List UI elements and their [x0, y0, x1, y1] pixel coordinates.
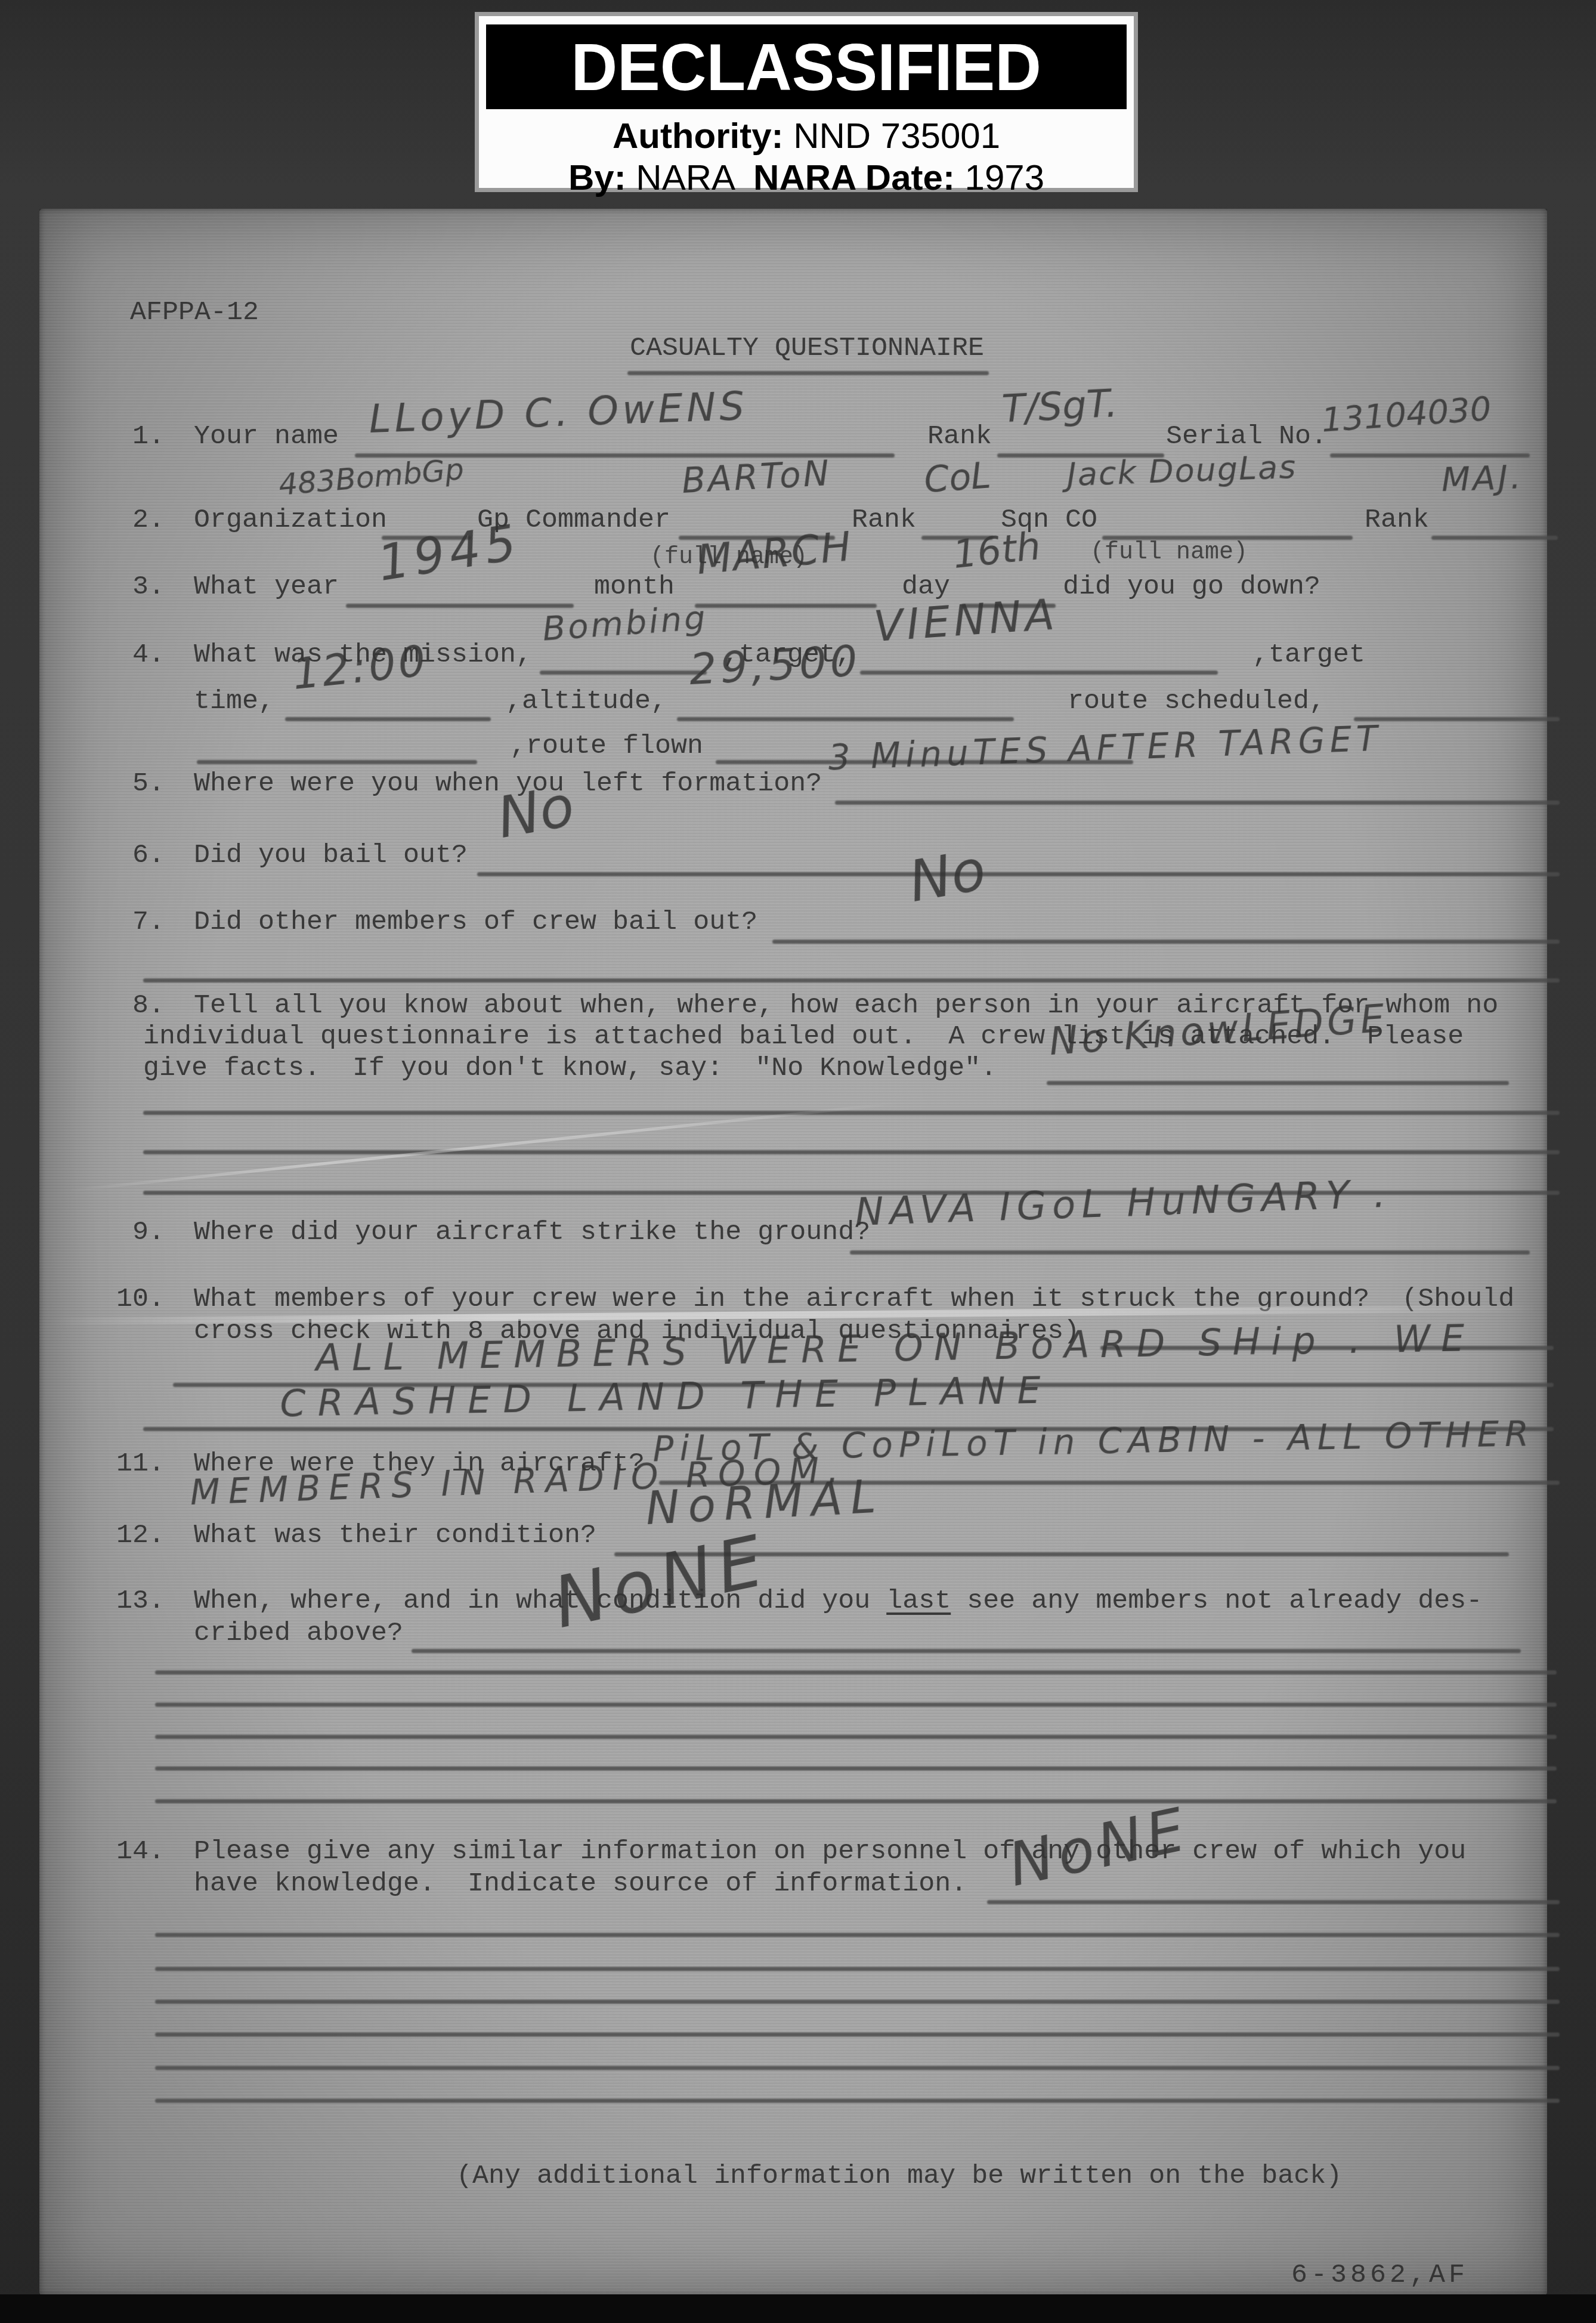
q2-gp-name-value: BARToN	[681, 453, 832, 501]
q2-sqn-rank-value: MAJ.	[1441, 458, 1524, 499]
q1-label: Your name	[194, 421, 339, 452]
q13-number: 13.	[116, 1586, 165, 1616]
q3-month-line	[695, 604, 877, 608]
q14-blank-line-4	[155, 2032, 1560, 2037]
q13-blank-line-1	[155, 1670, 1557, 1675]
q13-blank-line-2	[155, 1703, 1557, 1707]
scan-background: DECLASSIFIED Authority: NND 735001 By: N…	[0, 0, 1596, 2323]
page-title: CASUALTY QUESTIONNAIRE	[630, 333, 984, 363]
q2-sqn-name-value: Jack DougLas	[1066, 448, 1298, 493]
q13-blank-line-5	[155, 1799, 1557, 1803]
q8-number: 8.	[132, 990, 165, 1021]
q10-number: 10.	[116, 1284, 165, 1314]
q5-number: 5.	[132, 768, 165, 799]
q8-line3: give facts. If you don't know, say: "No …	[143, 1053, 997, 1083]
form-number: AFPPA-12	[130, 297, 259, 328]
q2-full-name-note-2: (full name)	[1090, 539, 1248, 566]
q13-blank-line-4	[155, 1766, 1557, 1771]
q4-route-scheduled-line2	[197, 760, 477, 764]
q6-answer-value: No	[493, 774, 579, 851]
authority-label: Authority:	[613, 116, 784, 156]
q4-mission-line	[540, 671, 707, 675]
q14-line2: have knowledge. Indicate source of infor…	[194, 1868, 967, 1899]
q11-number: 11.	[116, 1448, 165, 1479]
q4-time-label: time,	[194, 686, 274, 716]
q2-rank1-label: Rank	[852, 505, 916, 535]
q3-year-line	[346, 604, 574, 608]
q14-blank-line-2	[155, 1967, 1560, 1971]
q12-number: 12.	[116, 1520, 165, 1550]
doc-number: 6-3862,AF	[1291, 2260, 1468, 2290]
q1-rank-value: T/SgT.	[1001, 382, 1118, 432]
q14-blank-line-1	[155, 1933, 1560, 1937]
declassified-stamp: DECLASSIFIED Authority: NND 735001 By: N…	[475, 12, 1138, 192]
q9-number: 9.	[132, 1217, 165, 1247]
q4-route-scheduled-line	[1354, 717, 1560, 721]
q13-line1-last-word: last	[886, 1586, 951, 1616]
q1-serial-line	[1330, 453, 1530, 458]
q7-number: 7.	[132, 907, 165, 937]
q4-route-flown-label: ,route flown	[510, 731, 703, 761]
q13-line1: When, where, and in what condition did y…	[194, 1586, 1482, 1616]
q14-answer-line	[987, 1900, 1560, 1904]
q8-answer-line	[1047, 1081, 1509, 1085]
q3-day-value: 16th	[951, 524, 1043, 577]
q4-route-scheduled-label: route scheduled,	[1068, 686, 1325, 716]
q2-number: 2.	[132, 505, 165, 535]
q2-gp-rank-value: CoL	[923, 455, 992, 501]
q14-blank-line-3	[155, 2000, 1560, 2004]
q6-answer-line	[477, 872, 1560, 876]
by-label: By:	[568, 157, 626, 197]
q9-answer-line	[850, 1250, 1530, 1255]
q3-month-label: month	[594, 572, 675, 602]
q14-blank-line-6	[155, 2099, 1560, 2103]
q2-rank2-label: Rank	[1365, 505, 1429, 535]
q1-number: 1.	[132, 421, 165, 452]
q14-blank-line-5	[155, 2066, 1560, 2070]
q1-rank-label: Rank	[927, 421, 992, 452]
q9-label: Where did your aircraft strike the groun…	[194, 1217, 870, 1247]
q10-line1: What members of your crew were in the ai…	[194, 1284, 1514, 1314]
q8-blank-line-2	[143, 1150, 1560, 1154]
q7-blank-line	[143, 978, 1560, 983]
q3-number: 3.	[132, 572, 165, 602]
q13-blank-line-3	[155, 1735, 1557, 1739]
nara-date-value: 1973	[955, 157, 1044, 197]
q2-sqn-rank-line	[1431, 536, 1558, 540]
q7-label: Did other members of crew bail out?	[194, 907, 757, 937]
q4-number: 4.	[132, 640, 165, 670]
scan-bottom-edge	[0, 2294, 1596, 2323]
q3-go-down-label: did you go down?	[1063, 572, 1320, 602]
q13-line2: cribed above?	[194, 1618, 403, 1648]
q4-target-line	[860, 671, 1218, 675]
q2-label: Organization	[194, 505, 387, 535]
q5-answer-line	[835, 801, 1560, 805]
q14-number: 14.	[116, 1836, 165, 1867]
q6-number: 6.	[132, 840, 165, 870]
footer-note: (Any additional information may be writt…	[456, 2161, 1342, 2191]
stamp-title-bar: DECLASSIFIED	[486, 24, 1127, 109]
q4-altitude-label: ,altitude,	[506, 686, 667, 716]
q1-serial-label: Serial No.	[1166, 421, 1327, 452]
stamp-authority-line: Authority: NND 735001	[479, 115, 1134, 156]
q14-line1: Please give any similar information on p…	[194, 1836, 1466, 1867]
authority-value: NND 735001	[784, 116, 1001, 156]
q4-time-line	[285, 717, 491, 721]
q6-label: Did you bail out?	[194, 840, 468, 870]
q8-blank-line-1	[143, 1111, 1560, 1115]
nara-date-label: NARA Date:	[753, 157, 955, 197]
stamp-title: DECLASSIFIED	[571, 29, 1042, 106]
q7-answer-line	[772, 940, 1560, 944]
stamp-by-line: By: NARA NARA Date: 1973	[479, 157, 1134, 198]
q4-target2-label: ,target	[1252, 640, 1365, 670]
q13-line1-part-c: see any members not already des-	[951, 1586, 1482, 1616]
q12-label: What was their condition?	[194, 1520, 596, 1550]
q7-answer-value: No	[904, 838, 991, 915]
q13-answer-line	[412, 1649, 1521, 1653]
q4-altitude-value: 29,500	[688, 635, 862, 694]
title-underline	[627, 371, 989, 375]
q13-line1-part-a: When, where, and in what condition did y…	[194, 1586, 886, 1616]
q3-year-label: What year	[194, 572, 339, 602]
by-value: NARA	[626, 157, 753, 197]
q4-altitude-line	[677, 717, 1014, 721]
